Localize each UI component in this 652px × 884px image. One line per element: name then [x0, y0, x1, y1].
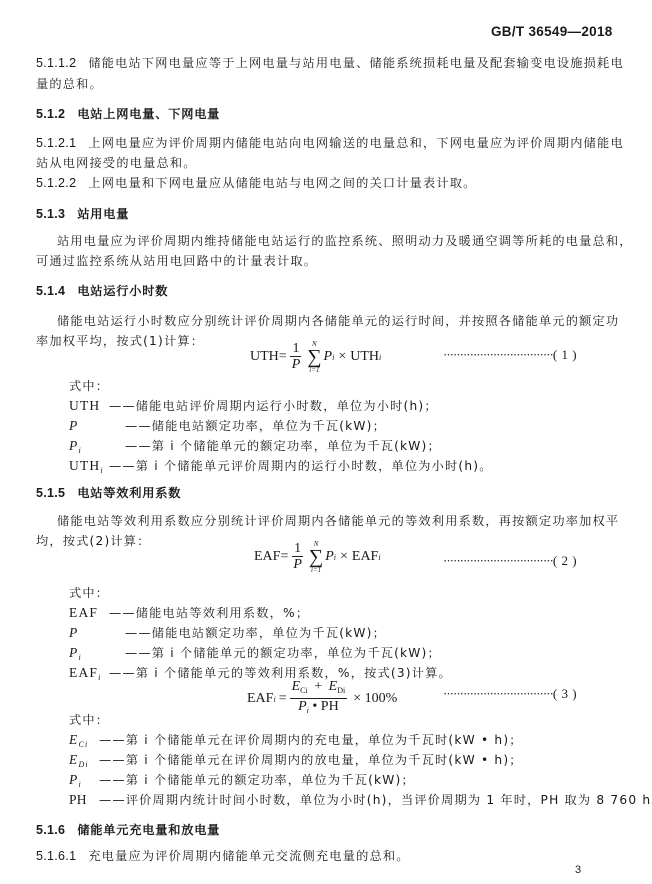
definition-item: ECi——第 i 个储能单元在评价周期内的充电量，单位为千瓦时(kW • h)； — [69, 732, 523, 753]
definition-item: EDi——第 i 个储能单元在评价周期内的放电量，单位为千瓦时(kW • h)； — [69, 752, 523, 773]
summation-icon: N ∑ i=1 — [307, 340, 321, 374]
subscript: i — [334, 553, 336, 562]
subscript: i — [332, 353, 334, 362]
clause-5-1-2-1-cont: 站从电网接受的电量总和。 — [36, 155, 197, 171]
clause-5-1-2-1: 5.1.2.1上网电量应为评价周期内储能电站向电网输送的电量总和，下网电量应为评… — [36, 135, 624, 151]
formula-lhs: EAF — [254, 549, 280, 565]
def-text: ——储能电站额定功率，单位为千瓦(kW)； — [125, 626, 386, 640]
equals-sign: = — [279, 691, 287, 707]
clause-text: 上网电量应为评价周期内储能电站向电网输送的电量总和，下网电量应为评价周期内储能电 — [88, 136, 624, 150]
subscript: i — [273, 695, 275, 704]
definition-item: UTHi——第 i 个储能单元评价周期内的运行小时数，单位为小时(h)。 — [69, 458, 493, 479]
fraction: ECi + EDi Pi • PH — [290, 680, 348, 718]
def-text: ——储能电站额定功率，单位为千瓦(kW)； — [125, 419, 386, 433]
definition-item: Pi——第 i 个储能单元的额定功率，单位为千瓦(kW)； — [69, 772, 415, 793]
equation-number-3: ·································( 3 ) — [443, 686, 577, 702]
formula-1: UTH = 1 P N ∑ i=1 Pi × UTHi — [250, 340, 381, 374]
section-heading-5-1-2: 5.1.2电站上网电量、下网电量 — [36, 105, 220, 122]
standard-id: GB/T 36549—2018 — [491, 24, 613, 39]
def-text: ——评价周期内统计时间小时数，单位为小时(h)，当评价周期为 1 年时，PH 取… — [99, 793, 652, 807]
section-number: 5.1.2 — [36, 107, 65, 121]
definition-item: P——储能电站额定功率，单位为千瓦(kW)； — [69, 625, 386, 641]
def-term: Pi — [69, 772, 99, 793]
section-number: 5.1.6 — [36, 823, 65, 837]
def-term: PH — [69, 792, 99, 808]
def-text: ——第 i 个储能单元在评价周期内的充电量，单位为千瓦时(kW • h)； — [99, 733, 523, 747]
def-term: P — [69, 418, 117, 434]
definition-item: Pi——第 i 个储能单元的额定功率，单位为千瓦(kW)； — [69, 438, 441, 459]
definition-item: P——储能电站额定功率，单位为千瓦(kW)； — [69, 418, 386, 434]
def-text: ——第 i 个储能单元的等效利用系数，%，按式(3)计算。 — [109, 666, 452, 680]
clause-number: 5.1.6.1 — [36, 849, 76, 863]
def-term: Pi — [69, 438, 117, 459]
term: P — [324, 349, 333, 365]
def-text: ——储能电站评价周期内运行小时数，单位为小时(h)； — [109, 399, 438, 413]
denominator: P — [291, 557, 304, 572]
numerator: 1 — [292, 542, 303, 557]
def-text: ——第 i 个储能单元在评价周期内的放电量，单位为千瓦时(kW • h)； — [99, 753, 523, 767]
where-label: 式中： — [69, 712, 109, 728]
def-text: ——第 i 个储能单元的额定功率，单位为千瓦(kW)； — [99, 773, 415, 787]
def-text: ——第 i 个储能单元的额定功率，单位为千瓦(kW)； — [125, 646, 441, 660]
section-heading-5-1-5: 5.1.5电站等效利用系数 — [36, 484, 181, 501]
clause-number: 5.1.2.1 — [36, 136, 76, 150]
leader-dots: ································· — [443, 347, 553, 362]
clause-5-1-6-1: 5.1.6.1充电量应为评价周期内储能单元交流侧充电量的总和。 — [36, 848, 410, 864]
clause-5-1-1-2: 5.1.1.2储能电站下网电量应等于上网电量与站用电量、储能系统损耗电量及配套输… — [36, 55, 624, 71]
section-title: 储能单元充电量和放电量 — [77, 823, 220, 837]
eqno-label: ( 2 ) — [553, 553, 577, 568]
section-title: 电站运行小时数 — [77, 284, 168, 298]
section-number: 5.1.5 — [36, 486, 65, 500]
section-heading-5-1-6: 5.1.6储能单元充电量和放电量 — [36, 821, 220, 838]
clause-text: 储能电站下网电量应等于上网电量与站用电量、储能系统损耗电量及配套输变电设施损耗电 — [88, 56, 624, 70]
subscript: i — [379, 353, 381, 362]
term: UTH — [350, 349, 379, 365]
def-term: EDi — [69, 752, 99, 773]
denominator: Pi • PH — [296, 699, 341, 718]
section-title: 电站等效利用系数 — [77, 486, 181, 500]
def-term: ECi — [69, 732, 99, 753]
section-title: 站用电量 — [77, 207, 129, 221]
sum-lower: i=1 — [311, 566, 321, 574]
paragraph-5-1-5: 储能电站等效利用系数应分别统计评价周期内各储能单元的等效利用系数，再按额定功率加… — [57, 513, 619, 529]
term: P — [325, 549, 334, 565]
summation-icon: N ∑ i=1 — [309, 540, 323, 574]
def-term: P — [69, 625, 117, 641]
definition-item: EAF——储能电站等效利用系数，%； — [69, 605, 309, 621]
formula-lhs: UTH — [250, 349, 279, 365]
term: EAF — [352, 549, 378, 565]
section-heading-5-1-3: 5.1.3站用电量 — [36, 205, 129, 222]
clause-number: 5.1.1.2 — [36, 56, 76, 70]
page-number: 3 — [575, 864, 581, 876]
equals-sign: = — [279, 349, 287, 365]
paragraph-5-1-5-cont: 均，按式(2)计算： — [36, 533, 151, 549]
times-sign: × — [338, 349, 346, 365]
clause-text: 充电量应为评价周期内储能单元交流侧充电量的总和。 — [88, 849, 409, 863]
clause-text: 上网电量和下网电量应从储能电站与电网之间的关口计量表计取。 — [88, 176, 476, 190]
numerator: 1 — [290, 342, 301, 357]
times-percent: × 100% — [353, 691, 397, 707]
fraction: 1 P — [291, 542, 304, 572]
def-text: ——第 i 个储能单元评价周期内的运行小时数，单位为小时(h)。 — [109, 459, 493, 473]
paragraph-5-1-4: 储能电站运行小时数应分别统计评价周期内各储能单元的运行时间，并按照各储能单元的额… — [57, 313, 619, 329]
eqno-label: ( 3 ) — [553, 686, 577, 701]
fraction: 1 P — [290, 342, 303, 372]
definition-item: PH——评价周期内统计时间小时数，单位为小时(h)，当评价周期为 1 年时，PH… — [69, 792, 652, 808]
def-text: ——储能电站等效利用系数，%； — [109, 606, 309, 620]
paragraph-5-1-3-cont: 可通过监控系统从站用电回路中的计量表计取。 — [36, 253, 317, 269]
eqno-label: ( 1 ) — [553, 347, 577, 362]
subscript: i — [378, 553, 380, 562]
section-number: 5.1.3 — [36, 207, 65, 221]
where-label: 式中： — [69, 378, 109, 394]
clause-5-1-1-2-cont: 量的总和。 — [36, 76, 103, 92]
clause-5-1-2-2: 5.1.2.2上网电量和下网电量应从储能电站与电网之间的关口计量表计取。 — [36, 175, 477, 191]
paragraph-5-1-3: 站用电量应为评价周期内维持储能电站运行的监控系统、照明动力及暖通空调等所耗的电量… — [57, 233, 633, 249]
numerator: ECi + EDi — [290, 680, 348, 699]
formula-lhs: EAF — [247, 691, 273, 707]
formula-2: EAF = 1 P N ∑ i=1 Pi × EAFi — [254, 540, 381, 574]
equals-sign: = — [280, 549, 288, 565]
formula-3: EAFi = ECi + EDi Pi • PH × 100% — [247, 680, 397, 718]
equation-number-1: ·································( 1 ) — [443, 347, 577, 363]
leader-dots: ································· — [443, 686, 553, 701]
section-heading-5-1-4: 5.1.4电站运行小时数 — [36, 282, 168, 299]
definition-item: Pi——第 i 个储能单元的额定功率，单位为千瓦(kW)； — [69, 645, 441, 666]
leader-dots: ································· — [443, 553, 553, 568]
paragraph-5-1-4-cont: 率加权平均，按式(1)计算： — [36, 333, 204, 349]
equation-number-2: ·································( 2 ) — [443, 553, 577, 569]
def-term: Pi — [69, 645, 117, 666]
denominator: P — [290, 357, 303, 372]
definition-item: UTH——储能电站评价周期内运行小时数，单位为小时(h)； — [69, 398, 438, 414]
section-title: 电站上网电量、下网电量 — [77, 107, 220, 121]
clause-number: 5.1.2.2 — [36, 176, 76, 190]
times-sign: × — [340, 549, 348, 565]
sum-lower: i=1 — [309, 366, 319, 374]
where-label: 式中： — [69, 585, 109, 601]
section-number: 5.1.4 — [36, 284, 65, 298]
def-text: ——第 i 个储能单元的额定功率，单位为千瓦(kW)； — [125, 439, 441, 453]
